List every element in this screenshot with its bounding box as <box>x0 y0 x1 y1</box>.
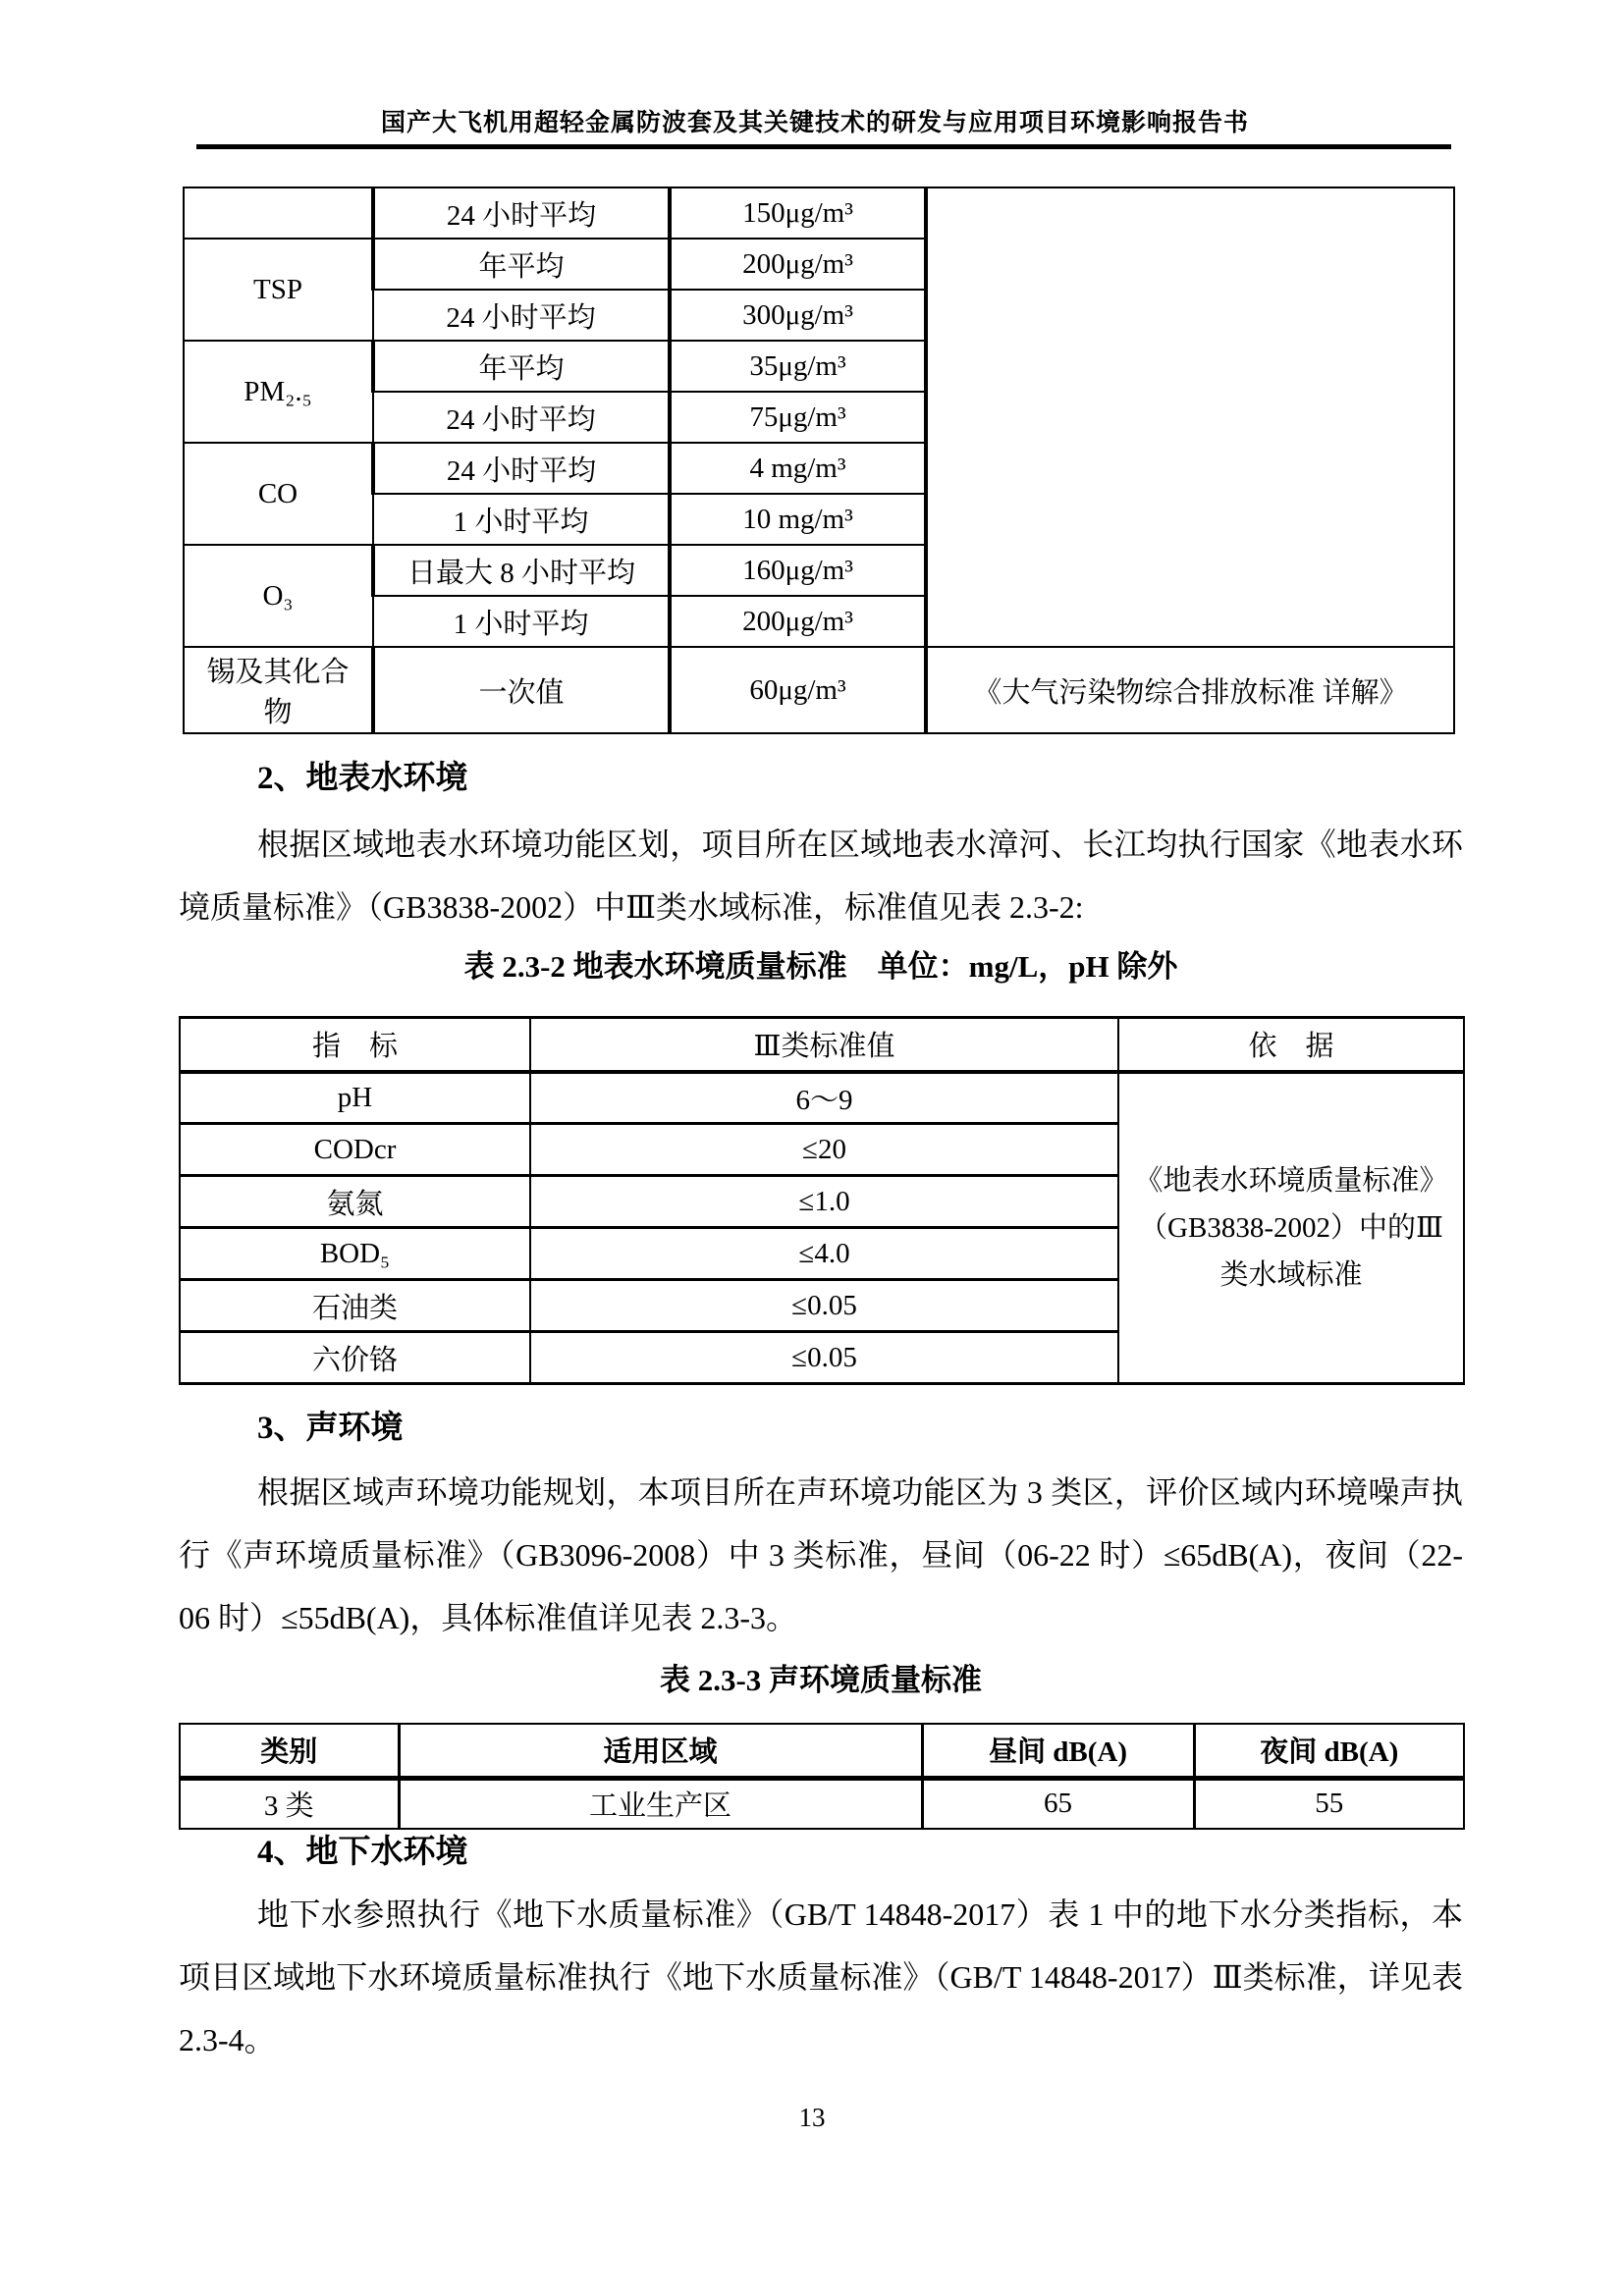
header-area: 适用区域 <box>399 1724 922 1778</box>
value-cell: 4 mg/m³ <box>670 443 926 494</box>
day-value-cell: 65 <box>922 1778 1194 1829</box>
period-cell: 1 小时平均 <box>373 596 670 647</box>
period-cell: 24 小时平均 <box>373 187 670 239</box>
basis-cell: 《地表水环境质量标准》（GB3838-2002）中的Ⅲ类水域标准 <box>1118 1072 1464 1384</box>
header-day: 昼间 dB(A) <box>922 1724 1194 1778</box>
indicator-cell: CODcr <box>180 1124 530 1176</box>
value-cell: 200μg/m³ <box>670 239 926 290</box>
table-row: pH 6～9 《地表水环境质量标准》（GB3838-2002）中的Ⅲ类水域标准 <box>180 1072 1464 1124</box>
value-cell: 150μg/m³ <box>670 187 926 239</box>
section-heading-surface-water: 2、地表水环境 <box>179 756 1463 801</box>
indicator-cell: BOD₅ <box>180 1228 530 1280</box>
period-cell: 24 小时平均 <box>373 392 670 443</box>
section-heading-noise: 3、声环境 <box>179 1406 1463 1451</box>
indicator-cell: 氨氮 <box>180 1176 530 1228</box>
period-cell: 24 小时平均 <box>373 290 670 341</box>
paragraph-surface-water: 根据区域地表水环境功能区划，项目所在区域地表水漳河、长江均执行国家《地表水环境质… <box>179 813 1463 938</box>
category-cell: 3 类 <box>180 1778 399 1829</box>
indicator-cell: pH <box>180 1072 530 1124</box>
value-cell: ≤0.05 <box>530 1332 1118 1384</box>
value-cell: 6～9 <box>530 1072 1118 1124</box>
table-row: 3 类 工业生产区 65 55 <box>180 1778 1464 1829</box>
paragraph-noise: 根据区域声环境功能规划，本项目所在声环境功能区为 3 类区，评价区域内环境噪声执… <box>179 1461 1463 1649</box>
basis-cell: 《大气污染物综合排放标准 详解》 <box>926 647 1454 733</box>
table-header-row: 指 标 Ⅲ类标准值 依 据 <box>180 1018 1464 1072</box>
value-cell: 10 mg/m³ <box>670 494 926 545</box>
value-cell: ≤1.0 <box>530 1176 1118 1228</box>
value-cell: 300μg/m³ <box>670 290 926 341</box>
noise-table: 类别 适用区域 昼间 dB(A) 夜间 dB(A) 3 类 工业生产区 65 5… <box>179 1723 1465 1830</box>
indicator-cell: 石油类 <box>180 1280 530 1332</box>
value-cell: 200μg/m³ <box>670 596 926 647</box>
surface-water-table: 指 标 Ⅲ类标准值 依 据 pH 6～9 《地表水环境质量标准》（GB3838-… <box>179 1016 1465 1385</box>
document-page: 国产大飞机用超轻金属防波套及其关键技术的研发与应用项目环境影响报告书 24 小时… <box>0 0 1624 2296</box>
pollutant-cell: 锡及其化合物 <box>184 647 373 733</box>
air-quality-table: 24 小时平均 150μg/m³ TSP 年平均 200μg/m³ 24 小时平… <box>183 187 1455 734</box>
table-row: 锡及其化合物 一次值 60μg/m³ 《大气污染物综合排放标准 详解》 <box>184 647 1454 733</box>
indicator-cell: 六价铬 <box>180 1332 530 1384</box>
pollutant-cell: CO <box>184 443 373 545</box>
value-cell: ≤0.05 <box>530 1280 1118 1332</box>
period-cell: 24 小时平均 <box>373 443 670 494</box>
table-caption-2-3-2: 表 2.3-2 地表水环境质量标准 单位：mg/L，pH 除外 <box>179 945 1463 988</box>
table-caption-2-3-3: 表 2.3-3 声环境质量标准 <box>179 1659 1463 1702</box>
pollutant-cell: TSP <box>184 239 373 341</box>
section-heading-groundwater: 4、地下水环境 <box>179 1830 1463 1875</box>
period-cell: 1 小时平均 <box>373 494 670 545</box>
period-cell: 年平均 <box>373 239 670 290</box>
period-cell: 年平均 <box>373 341 670 392</box>
period-cell: 一次值 <box>373 647 670 733</box>
header-rule <box>196 144 1451 149</box>
area-cell: 工业生产区 <box>399 1778 922 1829</box>
page-number: 13 <box>0 2101 1624 2134</box>
basis-cell-empty <box>926 187 1454 647</box>
night-value-cell: 55 <box>1194 1778 1464 1829</box>
value-cell: 160μg/m³ <box>670 545 926 596</box>
paragraph-groundwater: 地下水参照执行《地下水质量标准》（GB/T 14848-2017）表 1 中的地… <box>179 1883 1463 2071</box>
value-cell: ≤4.0 <box>530 1228 1118 1280</box>
header-night: 夜间 dB(A) <box>1194 1724 1464 1778</box>
document-header-title: 国产大飞机用超轻金属防波套及其关键技术的研发与应用项目环境影响报告书 <box>179 106 1451 141</box>
pollutant-cell: PM₂.₅ <box>184 341 373 443</box>
header-standard: Ⅲ类标准值 <box>530 1018 1118 1072</box>
pollutant-cell: O₃ <box>184 545 373 647</box>
value-cell: 60μg/m³ <box>670 647 926 733</box>
header-basis: 依 据 <box>1118 1018 1464 1072</box>
value-cell: ≤20 <box>530 1124 1118 1176</box>
table-header-row: 类别 适用区域 昼间 dB(A) 夜间 dB(A) <box>180 1724 1464 1778</box>
pollutant-cell <box>184 187 373 239</box>
value-cell: 75μg/m³ <box>670 392 926 443</box>
period-cell: 日最大 8 小时平均 <box>373 545 670 596</box>
header-indicator: 指 标 <box>180 1018 530 1072</box>
table-row: 24 小时平均 150μg/m³ <box>184 187 1454 239</box>
header-category: 类别 <box>180 1724 399 1778</box>
value-cell: 35μg/m³ <box>670 341 926 392</box>
